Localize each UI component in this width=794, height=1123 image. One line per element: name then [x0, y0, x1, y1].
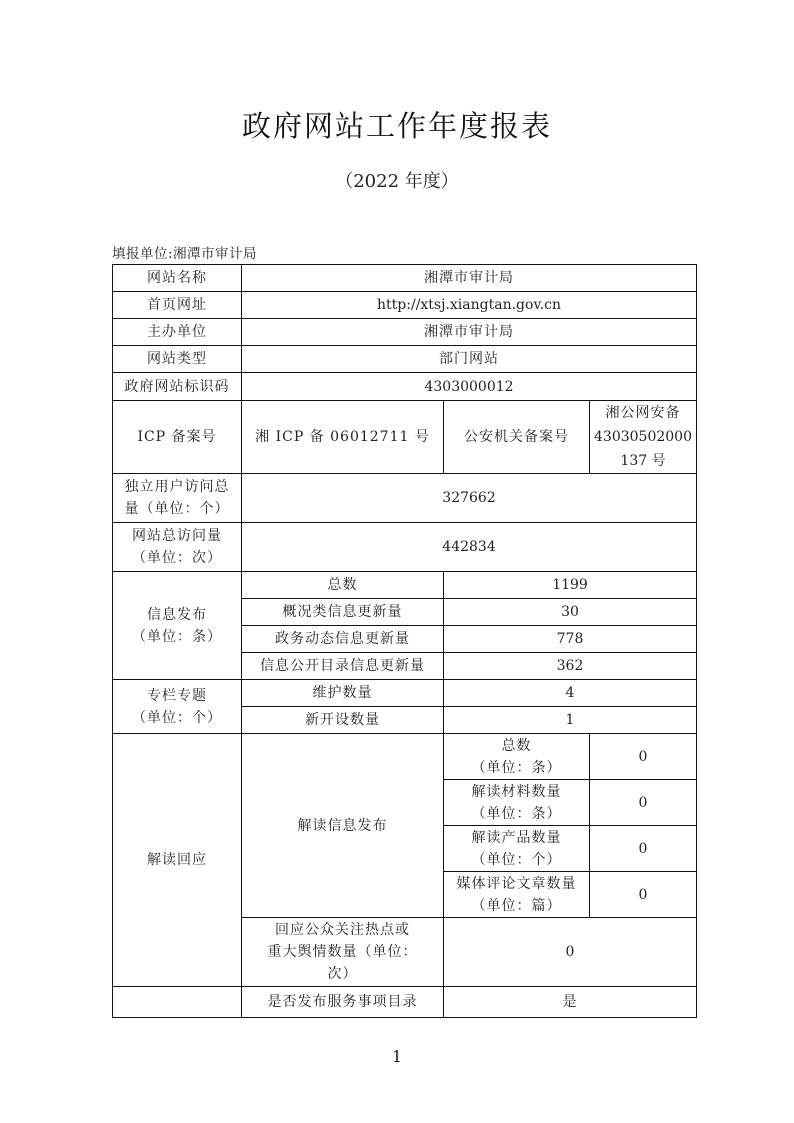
table-row: 网站总访问量 （单位：次） 442834: [113, 523, 697, 572]
unique-visitors-label: 独立用户访问总 量（单位：个）: [113, 474, 242, 523]
interp-total-value: 0: [590, 734, 697, 780]
interpretation-publish-label: 解读信息发布: [242, 734, 444, 918]
gov-news-update-label: 政务动态信息更新量: [242, 626, 444, 653]
table-row: 网站类型 部门网站: [113, 346, 697, 373]
table-row: 网站名称 湘潭市审计局: [113, 265, 697, 292]
service-catalog-value: 是: [444, 987, 697, 1018]
icp-label: ICP 备案号: [113, 401, 242, 474]
interp-product-label: 解读产品数量 （单位：个）: [444, 826, 590, 872]
interp-total-label: 总数 （单位：条）: [444, 734, 590, 780]
table-row: 专栏专题 （单位：个） 维护数量 4: [113, 680, 697, 707]
page-title: 政府网站工作年度报表: [0, 104, 794, 145]
site-name-value: 湘潭市审计局: [242, 265, 697, 292]
info-total-label: 总数: [242, 572, 444, 599]
info-publish-label: 信息发布 （单位：条）: [113, 572, 242, 680]
media-article-label: 媒体评论文章数量 （单位：篇）: [444, 872, 590, 918]
columns-new-label: 新开设数量: [242, 707, 444, 734]
media-article-value: 0: [590, 872, 697, 918]
site-name-label: 网站名称: [113, 265, 242, 292]
interp-material-label: 解读材料数量 （单位：条）: [444, 780, 590, 826]
page-number: 1: [0, 1047, 794, 1066]
overview-update-value: 30: [444, 599, 697, 626]
gov-news-update-value: 778: [444, 626, 697, 653]
table-row: 首页网址 http://xtsj.xiangtan.gov.cn: [113, 292, 697, 319]
table-row: 主办单位 湘潭市审计局: [113, 319, 697, 346]
table-row: ICP 备案号 湘 ICP 备 06012711 号 公安机关备案号 湘公网安备…: [113, 401, 697, 474]
table-row: 政府网站标识码 4303000012: [113, 373, 697, 401]
report-table: 网站名称 湘潭市审计局 首页网址 http://xtsj.xiangtan.go…: [112, 264, 697, 1018]
report-year: （2022 年度）: [0, 167, 794, 193]
police-record-value: 湘公网安备 43030502000 137 号: [590, 401, 697, 474]
empty-cell: [113, 987, 242, 1018]
table-row: 解读回应 解读信息发布 总数 （单位：条） 0: [113, 734, 697, 780]
table-row: 信息发布 （单位：条） 总数 1199: [113, 572, 697, 599]
site-type-label: 网站类型: [113, 346, 242, 373]
sponsor-label: 主办单位: [113, 319, 242, 346]
interpretation-label: 解读回应: [113, 734, 242, 987]
hotspot-response-label: 回应公众关注热点或 重大舆情数量（单位： 次）: [242, 918, 444, 987]
table-row: 是否发布服务事项目录 是: [113, 987, 697, 1018]
site-id-label: 政府网站标识码: [113, 373, 242, 401]
disclosure-catalog-update-label: 信息公开目录信息更新量: [242, 653, 444, 680]
disclosure-catalog-update-value: 362: [444, 653, 697, 680]
columns-maintained-value: 4: [444, 680, 697, 707]
icp-value: 湘 ICP 备 06012711 号: [242, 401, 444, 474]
unique-visitors-value: 327662: [242, 474, 697, 523]
columns-label: 专栏专题 （单位：个）: [113, 680, 242, 734]
homepage-url-label: 首页网址: [113, 292, 242, 319]
table-row: 独立用户访问总 量（单位：个） 327662: [113, 474, 697, 523]
service-catalog-label: 是否发布服务事项目录: [242, 987, 444, 1018]
columns-new-value: 1: [444, 707, 697, 734]
total-visits-label: 网站总访问量 （单位：次）: [113, 523, 242, 572]
hotspot-response-value: 0: [444, 918, 697, 987]
overview-update-label: 概况类信息更新量: [242, 599, 444, 626]
filler-unit: 填报单位:湘潭市审计局: [112, 242, 257, 262]
site-type-value: 部门网站: [242, 346, 697, 373]
homepage-url-value: http://xtsj.xiangtan.gov.cn: [242, 292, 697, 319]
interp-product-value: 0: [590, 826, 697, 872]
police-record-label: 公安机关备案号: [444, 401, 590, 474]
interp-material-value: 0: [590, 780, 697, 826]
sponsor-value: 湘潭市审计局: [242, 319, 697, 346]
info-total-value: 1199: [444, 572, 697, 599]
site-id-value: 4303000012: [242, 373, 697, 401]
columns-maintained-label: 维护数量: [242, 680, 444, 707]
total-visits-value: 442834: [242, 523, 697, 572]
